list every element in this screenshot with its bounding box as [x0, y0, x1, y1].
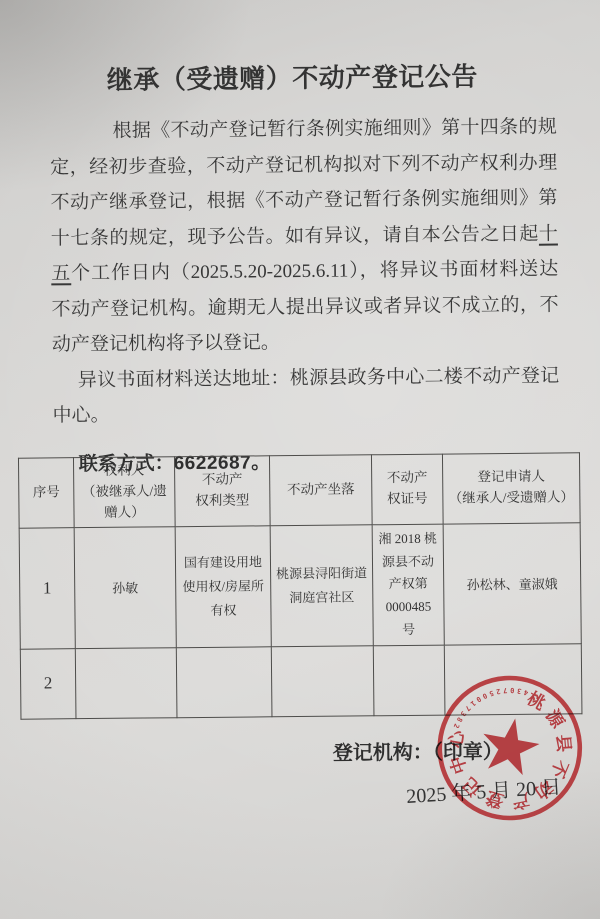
- svg-text:5: 5: [488, 689, 495, 698]
- svg-text:登: 登: [483, 788, 507, 812]
- svg-text:0: 0: [510, 686, 515, 694]
- paragraph1-post: 个工作日内（2025.5.20-2025.6.11），将异议书面材料送达不动产登…: [51, 259, 558, 356]
- svg-text:8: 8: [455, 716, 464, 724]
- cell-serial-no: 2: [20, 648, 76, 719]
- paragraph-objection-address: 异议书面材料送达地址：桃源县政务中心二楼不动产登记中心。: [52, 358, 560, 434]
- header-certificate-no: 不动产 权证号: [371, 454, 443, 524]
- notice-title: 继承（受遗赠）不动产登记公告: [0, 55, 588, 98]
- paragraph-legal-basis: 根据《不动产登记暂行条例实施细则》第十四条的规定，经初步查验，不动产登记机构拟对…: [50, 110, 559, 363]
- cell-property-location: 桃源县浔阳街道洞庭宫社区: [270, 525, 373, 647]
- cell-property-location: [271, 645, 374, 716]
- table-header-row: 序号 权利人 （被继承人/遗赠人） 不动产 权利类型 不动产坐落 不动产 权证号…: [18, 453, 580, 528]
- paragraph1-pre: 根据《不动产登记暂行条例实施细则》第十四条的规定，经初步查验，不动产登记机构拟对…: [50, 117, 558, 249]
- svg-text:2: 2: [495, 687, 501, 696]
- header-right-type: 不动产 权利类型: [174, 456, 270, 527]
- cell-certificate-no: 湘 2018 桃源县不动产权第 0000485 号: [372, 524, 444, 645]
- svg-text:动: 动: [531, 776, 558, 803]
- svg-text:源: 源: [542, 706, 569, 732]
- svg-text:不: 不: [547, 757, 572, 781]
- cell-rights-holder: [75, 647, 177, 718]
- notice-body: 根据《不动产登记暂行条例实施细则》第十四条的规定，经初步查验，不动产登记机构拟对…: [50, 110, 561, 483]
- cell-applicants: 孙松林、童淑娥: [443, 523, 581, 645]
- document-photo: 继承（受遗赠）不动产登记公告 根据《不动产登记暂行条例实施细则》第十四条的规定，…: [0, 0, 600, 919]
- table-row: 1 孙敏 国有建设用地使用权/房屋所有权 桃源县浔阳街道洞庭宫社区 湘 2018…: [19, 523, 581, 649]
- svg-text:中: 中: [446, 754, 470, 777]
- cell-right-type: [176, 646, 272, 717]
- svg-text:产: 产: [510, 789, 532, 812]
- svg-text:2: 2: [452, 722, 461, 729]
- cell-rights-holder: 孙敏: [74, 526, 176, 648]
- notice-document: 继承（受遗赠）不动产登记公告 根据《不动产登记暂行条例实施细则》第十四条的规定，…: [0, 0, 600, 919]
- official-seal: 桃源县不动产登记中心 4307250017382: [421, 659, 599, 837]
- svg-text:3: 3: [517, 686, 522, 695]
- seal-star-icon: [474, 714, 549, 788]
- svg-text:心: 心: [445, 727, 468, 749]
- svg-text:7: 7: [503, 686, 508, 694]
- header-property-location: 不动产坐落: [269, 455, 372, 526]
- header-applicants: 登记申请人 （继承人/受遗赠人）: [442, 453, 580, 524]
- svg-text:4: 4: [523, 688, 529, 697]
- header-serial-no: 序号: [18, 458, 74, 528]
- cell-serial-no: 1: [19, 527, 75, 648]
- header-rights-holder: 权利人 （被继承人/遗赠人）: [73, 457, 175, 528]
- cell-right-type: 国有建设用地使用权/房屋所有权: [175, 526, 271, 648]
- svg-text:0: 0: [481, 691, 488, 700]
- svg-text:县: 县: [553, 734, 574, 754]
- svg-text:记: 记: [459, 773, 486, 800]
